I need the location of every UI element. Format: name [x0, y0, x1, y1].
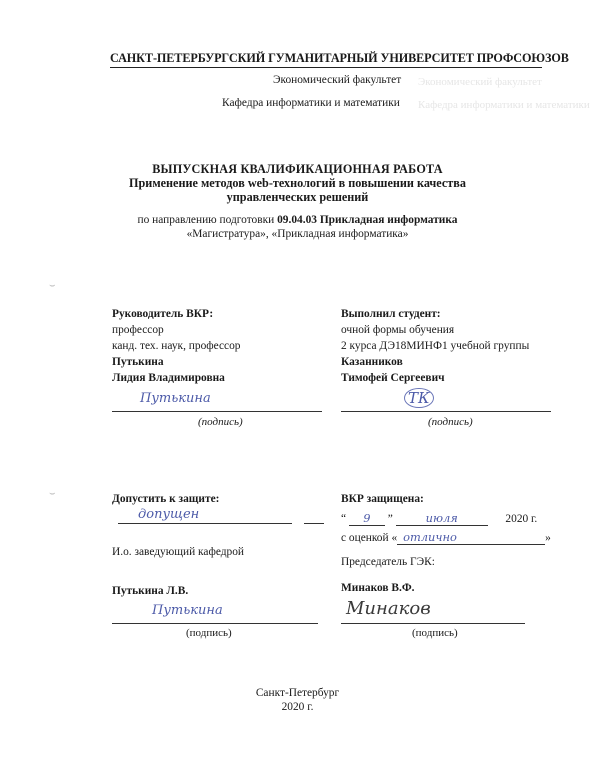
bleed-through-text: Экономический факультет [418, 76, 542, 88]
student-group: 2 курса ДЭ18МИНФ1 учебной группы [341, 338, 529, 354]
supervisor-signature-line [112, 411, 322, 412]
admission-line-end [304, 523, 324, 524]
topic-line-2: управленческих решений [0, 190, 595, 205]
defense-month: июля [396, 511, 488, 526]
supervisor-name: Лидия Владимировна [112, 370, 240, 386]
supervisor-surname: Путькина [112, 354, 240, 370]
defense-grade: отлично [397, 530, 545, 545]
direction-prefix: по направлению подготовки [138, 214, 278, 226]
grade-suffix: » [545, 532, 551, 544]
supervisor-position: профессор [112, 322, 240, 338]
admission-line [118, 523, 292, 524]
direction-code-name: 09.04.03 Прикладная информатика [277, 214, 457, 226]
program-name: «Магистратура», «Прикладная информатика» [0, 228, 595, 240]
student-heading: Выполнил студент: [341, 306, 529, 322]
gek-chair-person: Минаков В.Ф. [341, 582, 414, 594]
student-name: Тимофей Сергеевич [341, 370, 529, 386]
admission-signature-line [112, 623, 318, 624]
defense-heading: ВКР защищена: [341, 493, 424, 505]
supervisor-heading: Руководитель ВКР: [112, 306, 240, 322]
admission-role: И.о. заведующий кафедрой [112, 546, 244, 558]
admission-handwritten: допущен [138, 507, 199, 522]
student-signature-line [341, 411, 551, 412]
supervisor-signature: Путькина [140, 391, 211, 406]
student-surname: Казанников [341, 354, 529, 370]
supervisor-signature-caption: (подпись) [198, 416, 243, 428]
student-signature-caption: (подпись) [428, 416, 473, 428]
admission-signature-caption: (подпись) [186, 627, 232, 639]
admission-signature: Путькина [152, 603, 223, 618]
gek-chair-role: Председатель ГЭК: [341, 556, 435, 568]
department-name: Кафедра информатики и математики [222, 97, 400, 109]
gek-signature-caption: (подпись) [412, 627, 458, 639]
city: Санкт-Петербург [0, 687, 595, 699]
bleed-through-text: Кафедра информатики и математики [418, 99, 590, 111]
work-type-title: ВЫПУСКНАЯ КВАЛИФИКАЦИОННАЯ РАБОТА [0, 162, 595, 177]
defense-year: 2020 г. [505, 513, 537, 525]
admission-heading: Допустить к защите: [112, 493, 219, 505]
grade-prefix: с оценкой « [341, 532, 397, 544]
year: 2020 г. [0, 701, 595, 713]
admission-person: Путькина Л.В. [112, 585, 188, 597]
close-quote: ” [388, 513, 393, 525]
student-signature: ТК [404, 388, 434, 408]
supervisor-degree: канд. тех. наук, профессор [112, 338, 240, 354]
university-name: САНКТ-ПЕТЕРБУРГСКИЙ ГУМАНИТАРНЫЙ УНИВЕРС… [110, 51, 542, 68]
study-direction: по направлению подготовки 09.04.03 Прикл… [0, 214, 595, 226]
gek-signature-line [341, 623, 525, 624]
open-quote: “ [341, 513, 346, 525]
scan-mark: ⌣ [49, 488, 56, 499]
defense-grade-row: с оценкой «отлично» [341, 530, 551, 545]
defense-day: 9 [349, 511, 385, 526]
faculty-name: Экономический факультет [273, 74, 401, 86]
defense-date: “ 9 ” июля 2020 г. [341, 511, 556, 526]
student-form: очной формы обучения [341, 322, 529, 338]
topic-line-1: Применение методов web-технологий в повы… [0, 176, 595, 191]
student-block: Выполнил студент: очной формы обучения 2… [341, 306, 529, 386]
gek-chair-signature: Минаков [346, 598, 431, 619]
supervisor-block: Руководитель ВКР: профессор канд. тех. н… [112, 306, 240, 386]
scan-mark: ⌣ [49, 280, 56, 291]
